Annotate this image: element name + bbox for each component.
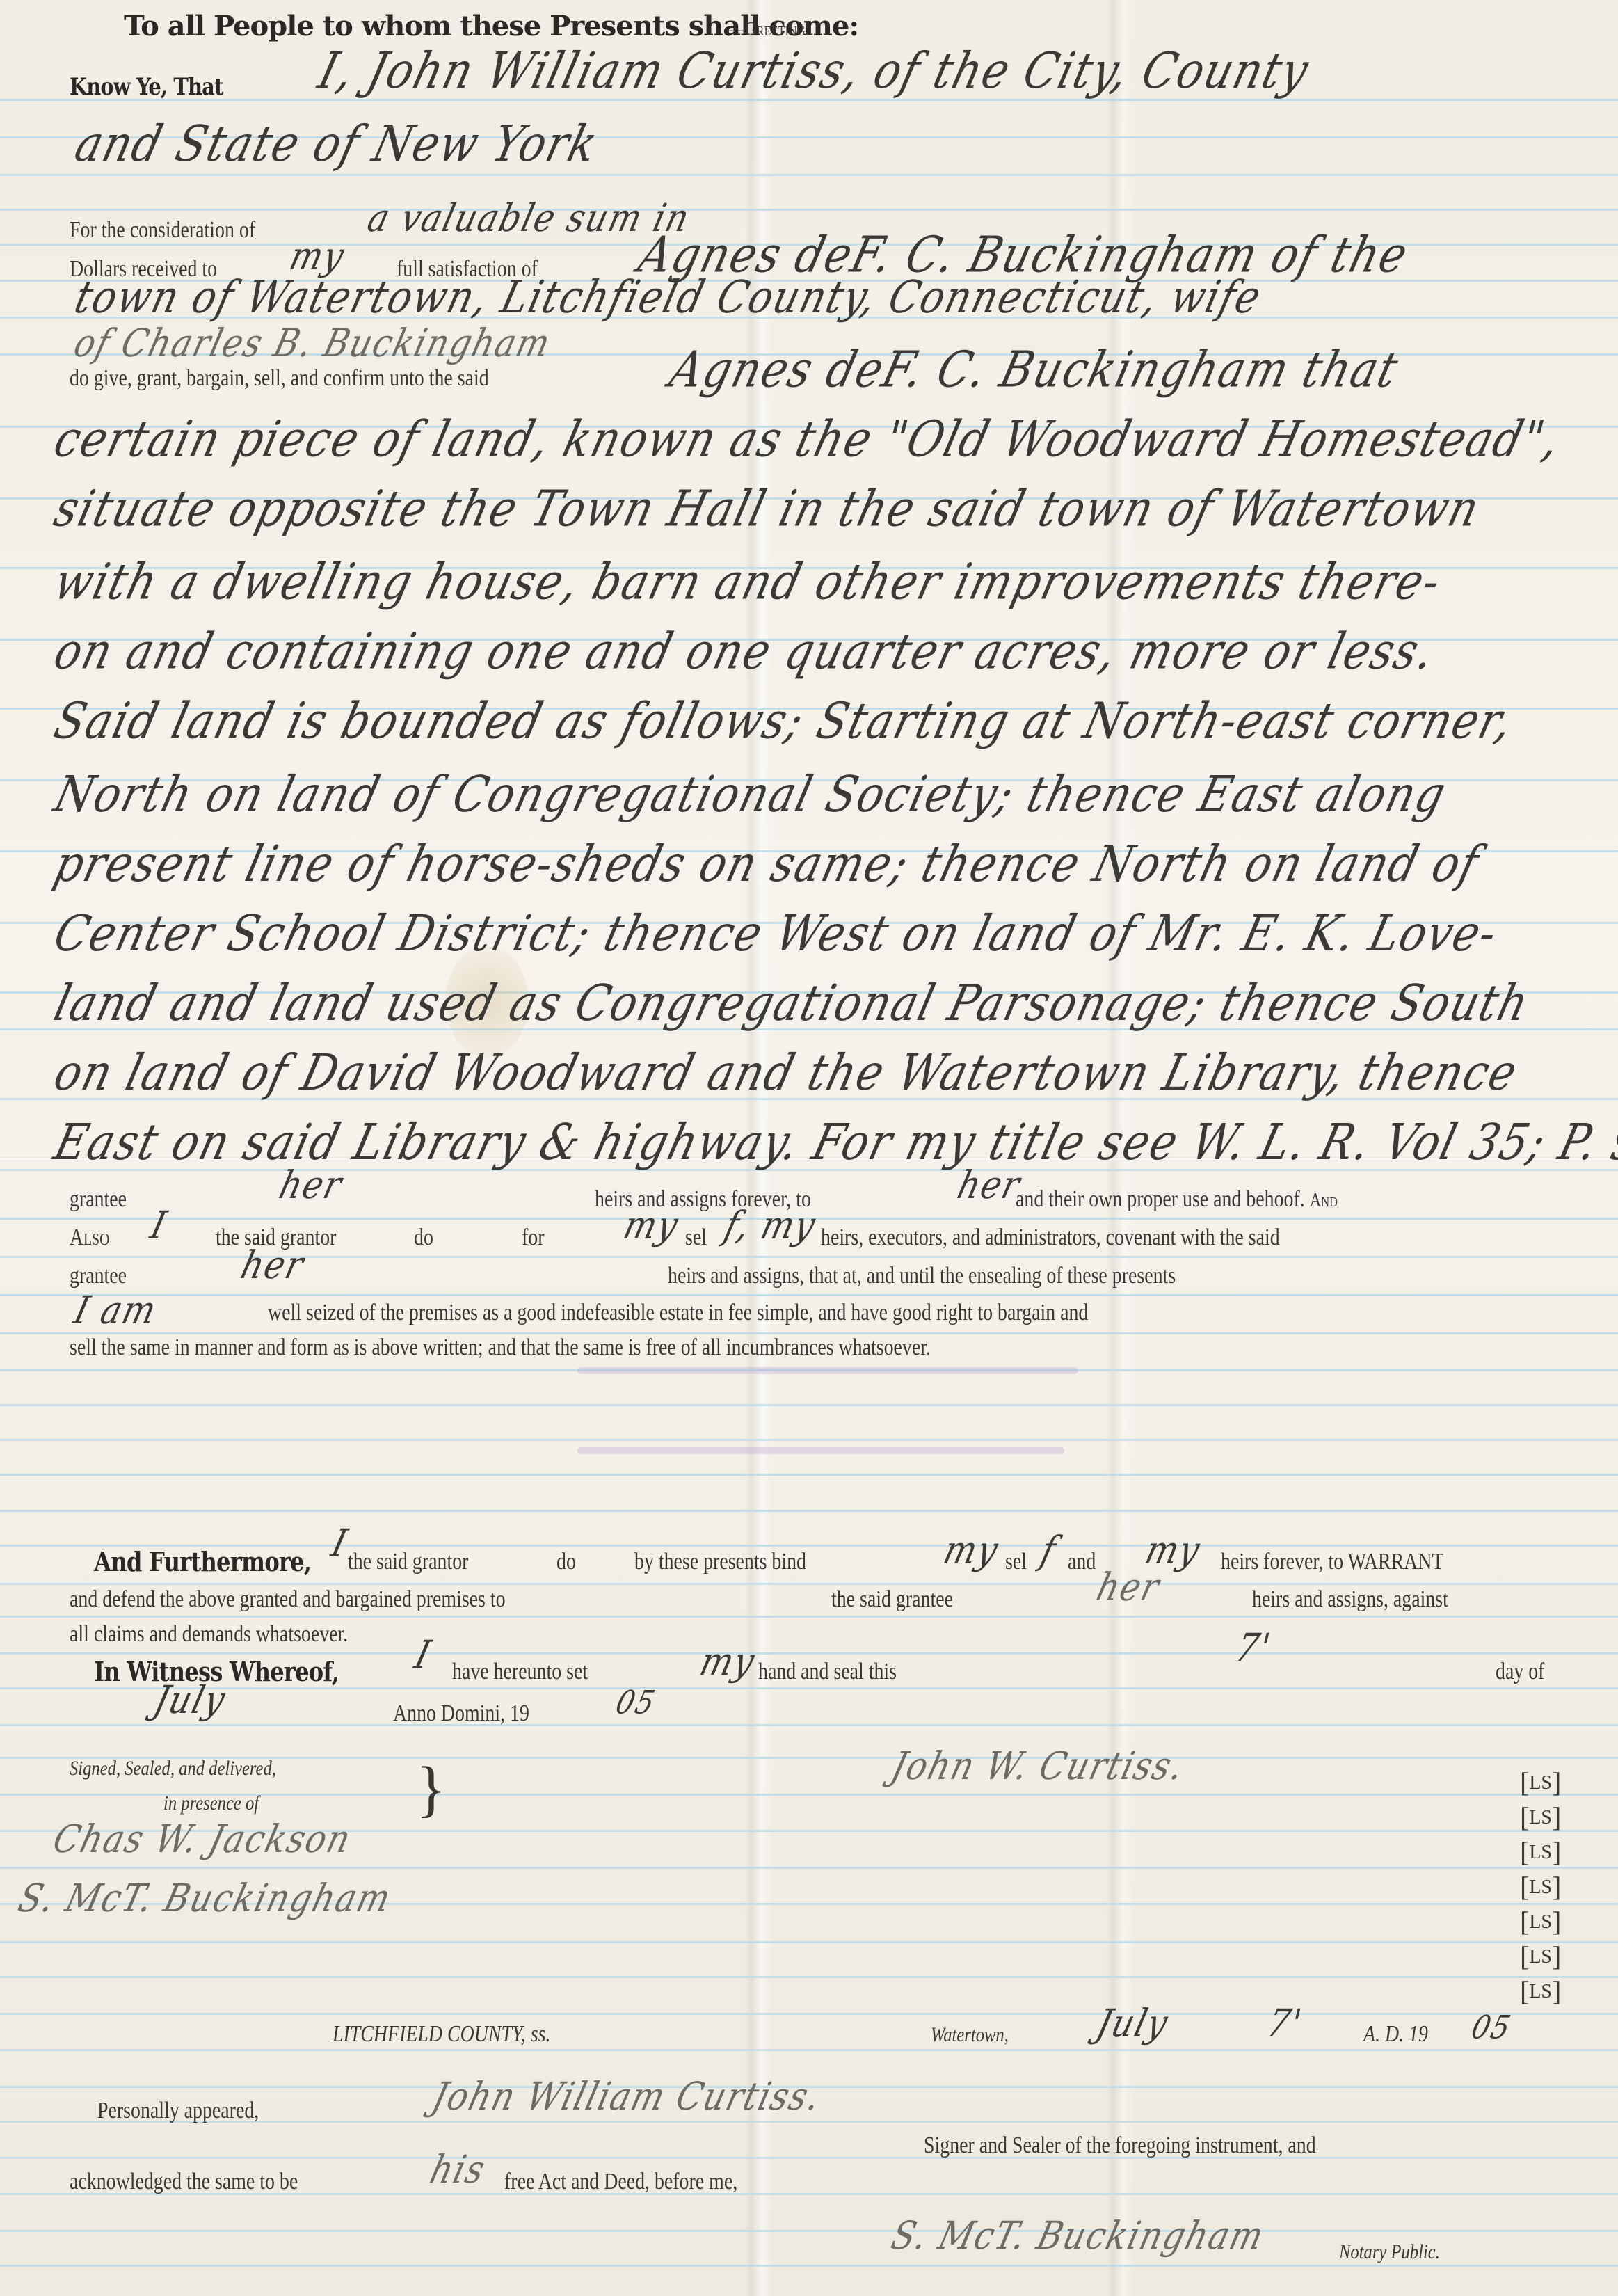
warranty-text-7: all claims and demands whatsoever. <box>70 1621 348 1648</box>
warranty-text-3: heirs forever, to WARRANT <box>1221 1549 1443 1575</box>
seal-ls-6: [LS] <box>1520 1940 1561 1972</box>
grantee-label-1: grantee <box>70 1186 127 1213</box>
warranty-text-4: and defend the above granted and bargain… <box>70 1586 506 1613</box>
description-line: land and land used as Congregational Par… <box>49 973 1535 1032</box>
greeting-header: To all People to whom these Presents sha… <box>124 10 828 42</box>
ack-his: his <box>426 2148 490 2192</box>
county-venue: LITCHFIELD COUNTY, ss. <box>333 2021 551 2048</box>
brace: } <box>416 1753 446 1825</box>
description-line: East on said Library & highway. For my t… <box>49 1113 1618 1171</box>
ack-month: July <box>1092 2002 1174 2046</box>
grant-clause-grantee: Agnes deF. C. Buckingham that <box>664 340 1405 399</box>
greeting-word: —Greeting: <box>729 19 810 41</box>
know-ye-label: Know Ye, That <box>70 73 223 101</box>
grantor-signature: John W. Curtiss. <box>887 1744 1189 1789</box>
ink-mark <box>577 1447 1064 1454</box>
ensealing-text: heirs and assigns, that at, and until th… <box>668 1263 1176 1289</box>
appeared-name: John William Curtiss. <box>428 2075 826 2119</box>
seal-ls-1: [LS] <box>1520 1766 1561 1799</box>
notary-public-label: Notary Public. <box>1339 2240 1440 2264</box>
warranty-and: and <box>1068 1549 1096 1575</box>
do-word: do <box>414 1225 433 1251</box>
grantee-handwritten-3: of Charles B. Buckingham <box>70 321 556 366</box>
warranty-her: her <box>1092 1565 1164 1610</box>
ack-text-1: acknowledged the same to be <box>70 2169 298 2195</box>
signer-sealer-text: Signer and Sealer of the foregoing instr… <box>924 2132 1316 2159</box>
warranty-myself: my <box>939 1529 1004 1573</box>
ack-text-2: free Act and Deed, before me, <box>504 2169 737 2195</box>
warranty-text-2: by these presents bind <box>634 1549 806 1575</box>
description-line: present line of horse-sheds on same; the… <box>49 834 1486 893</box>
grant-clause-label: do give, grant, bargain, sell, and confi… <box>70 365 489 392</box>
witness-text-1: have hereunto set <box>452 1659 588 1685</box>
description-line: North on land of Congregational Society;… <box>49 765 1452 823</box>
in-presence-label: in presence of <box>163 1792 259 1815</box>
seized-text: well seized of the premises as a good in… <box>268 1300 1088 1326</box>
grantor-handwritten-1: I, John William Curtiss, of the City, Co… <box>313 41 1315 99</box>
notary-signature: S. McT. Buckingham <box>887 2214 1269 2258</box>
description-line: Said land is bounded as follows; Startin… <box>49 692 1520 750</box>
personally-appeared-label: Personally appeared, <box>97 2098 259 2124</box>
description-line: with a dwelling house, barn and other im… <box>49 552 1448 611</box>
description-line: certain piece of land, known as the "Old… <box>49 410 1567 468</box>
witness-signature-2: S. McT. Buckingham <box>14 1876 396 1921</box>
grantee-pronoun-2: her <box>237 1243 309 1288</box>
use-behoof-text: and their own proper use and behoof. And <box>1016 1186 1338 1213</box>
consideration-label: For the consideration of <box>70 217 255 244</box>
witness-month: July <box>150 1678 231 1723</box>
warranty-text-6: heirs and assigns, against <box>1252 1586 1448 1613</box>
also-label: Also <box>70 1225 109 1251</box>
warranty-do: do <box>556 1549 576 1575</box>
grantee-handwritten-2: town of Watertown, Litchfield County, Co… <box>70 271 1267 324</box>
seal-ls-2: [LS] <box>1520 1801 1561 1833</box>
warranty-text-5: the said grantee <box>831 1586 953 1613</box>
signed-sealed-label: Signed, Sealed, and delivered, <box>70 1757 276 1780</box>
for-word: for <box>522 1225 545 1251</box>
free-incumbrances-text: sell the same in manner and form as is a… <box>70 1334 931 1361</box>
warranty-sel: sel <box>1005 1549 1027 1575</box>
witness-day-of: day of <box>1496 1659 1544 1685</box>
warranty-text-1: the said grantor <box>348 1549 468 1575</box>
ack-ad-label: A. D. 19 <box>1363 2021 1428 2048</box>
ack-place: Watertown, <box>931 2023 1009 2047</box>
heirs-pronoun: her <box>953 1163 1025 1208</box>
seal-ls-7: [LS] <box>1520 1975 1561 2007</box>
myself-pronoun: my <box>619 1204 684 1248</box>
ink-mark <box>577 1367 1078 1374</box>
description-line: Center School District; thence West on l… <box>49 904 1504 962</box>
anno-domini: Anno Domini, 19 <box>393 1700 529 1727</box>
seal-ls-3: [LS] <box>1520 1835 1561 1868</box>
grantee-label-2: grantee <box>70 1263 127 1289</box>
description-line: situate opposite the Town Hall in the sa… <box>49 479 1486 538</box>
grantor-handwritten-2: and State of New York <box>70 114 604 173</box>
description-line: on land of David Woodward and the Watert… <box>49 1043 1524 1101</box>
witness-my: my <box>696 1640 760 1684</box>
self-my-hand: f, my <box>720 1204 821 1248</box>
description-line: on and containing one and one quarter ac… <box>49 622 1441 680</box>
seized-pronoun: I am <box>70 1289 161 1333</box>
seal-ls-5: [LS] <box>1520 1905 1561 1938</box>
seal-ls-4: [LS] <box>1520 1870 1561 1903</box>
covenant-text: heirs, executors, and administrators, co… <box>821 1225 1280 1251</box>
witness-text-2: hand and seal this <box>758 1659 897 1685</box>
sel-text: sel <box>685 1225 707 1251</box>
grantee-pronoun-1: her <box>275 1163 347 1208</box>
furthermore-label: And Furthermore, <box>94 1546 311 1577</box>
witness-signature-1: Chas W. Jackson <box>49 1817 356 1862</box>
